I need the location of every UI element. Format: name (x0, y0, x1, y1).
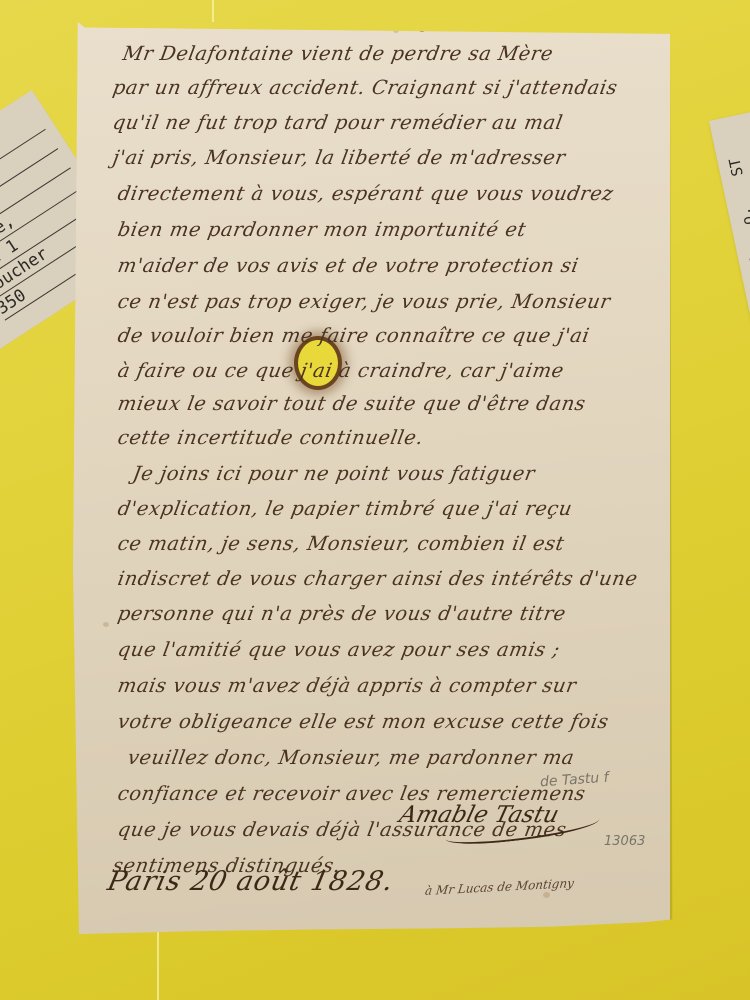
letter-line: mais vous m'avez déjà appris à compter s… (116, 674, 578, 697)
label-line: o, (734, 205, 750, 227)
letter-line: d'explication, le papier timbré que j'ai… (116, 497, 574, 520)
letter-line: ce matin, je sens, Monsieur, combien il … (116, 532, 566, 555)
letter-line: que l'amitié que vous avez pour ses amis… (116, 638, 562, 661)
archive-label-right: ST o, 4 tr ex (709, 104, 750, 355)
foxing-spot (418, 24, 426, 32)
board-crease-top (212, 0, 214, 22)
letter-line: mieux le savoir tout de suite que d'être… (116, 392, 588, 415)
label-line: 4 (744, 253, 750, 266)
letter-line: ce n'est pas trop exiger, je vous prie, … (116, 290, 613, 313)
board-crease-bottom (157, 932, 159, 1000)
letter-line: directement à vous, espérant que vous vo… (116, 182, 615, 205)
pencil-note-number: 13063 (604, 834, 645, 849)
letter-line: à faire ou ce que j'ai à craindre, car j… (116, 359, 566, 382)
date-line: Paris 20 août 1828. (105, 866, 397, 897)
letter-line: bien me pardonner mon importunité et (116, 218, 528, 241)
letter-line: de vouloir bien me faire connaître ce qu… (116, 324, 592, 347)
foxing-spot (393, 27, 399, 33)
letter-line: veuillez donc, Monsieur, me pardonner ma (126, 746, 576, 769)
letter-sheet: Mr Delafontaine vient de perdre sa Mère … (73, 22, 670, 934)
letter-line: cette incertitude continuelle. (116, 426, 425, 449)
letter-line: votre obligeance elle est mon excuse cet… (116, 710, 611, 733)
letter-line: j'ai pris, Monsieur, la liberté de m'adr… (111, 146, 568, 169)
foxing-spot (103, 622, 109, 627)
letter-line: Je joins ici pour ne point vous fatiguer (131, 462, 537, 485)
foxing-spot (543, 892, 550, 898)
letter-line: Mr Delafontaine vient de perdre sa Mère (121, 42, 555, 65)
letter-line: personne qui n'a près de vous d'autre ti… (116, 602, 568, 625)
letter-line: indiscret de vous charger ainsi des inté… (116, 567, 640, 590)
letter-line: m'aider de vos avis et de votre protecti… (116, 254, 581, 277)
letter-line: par un affreux accident. Craignant si j'… (111, 76, 620, 99)
label-line: ST (724, 156, 749, 178)
letter-line: qu'il ne fut trop tard pour remédier au … (111, 111, 565, 134)
